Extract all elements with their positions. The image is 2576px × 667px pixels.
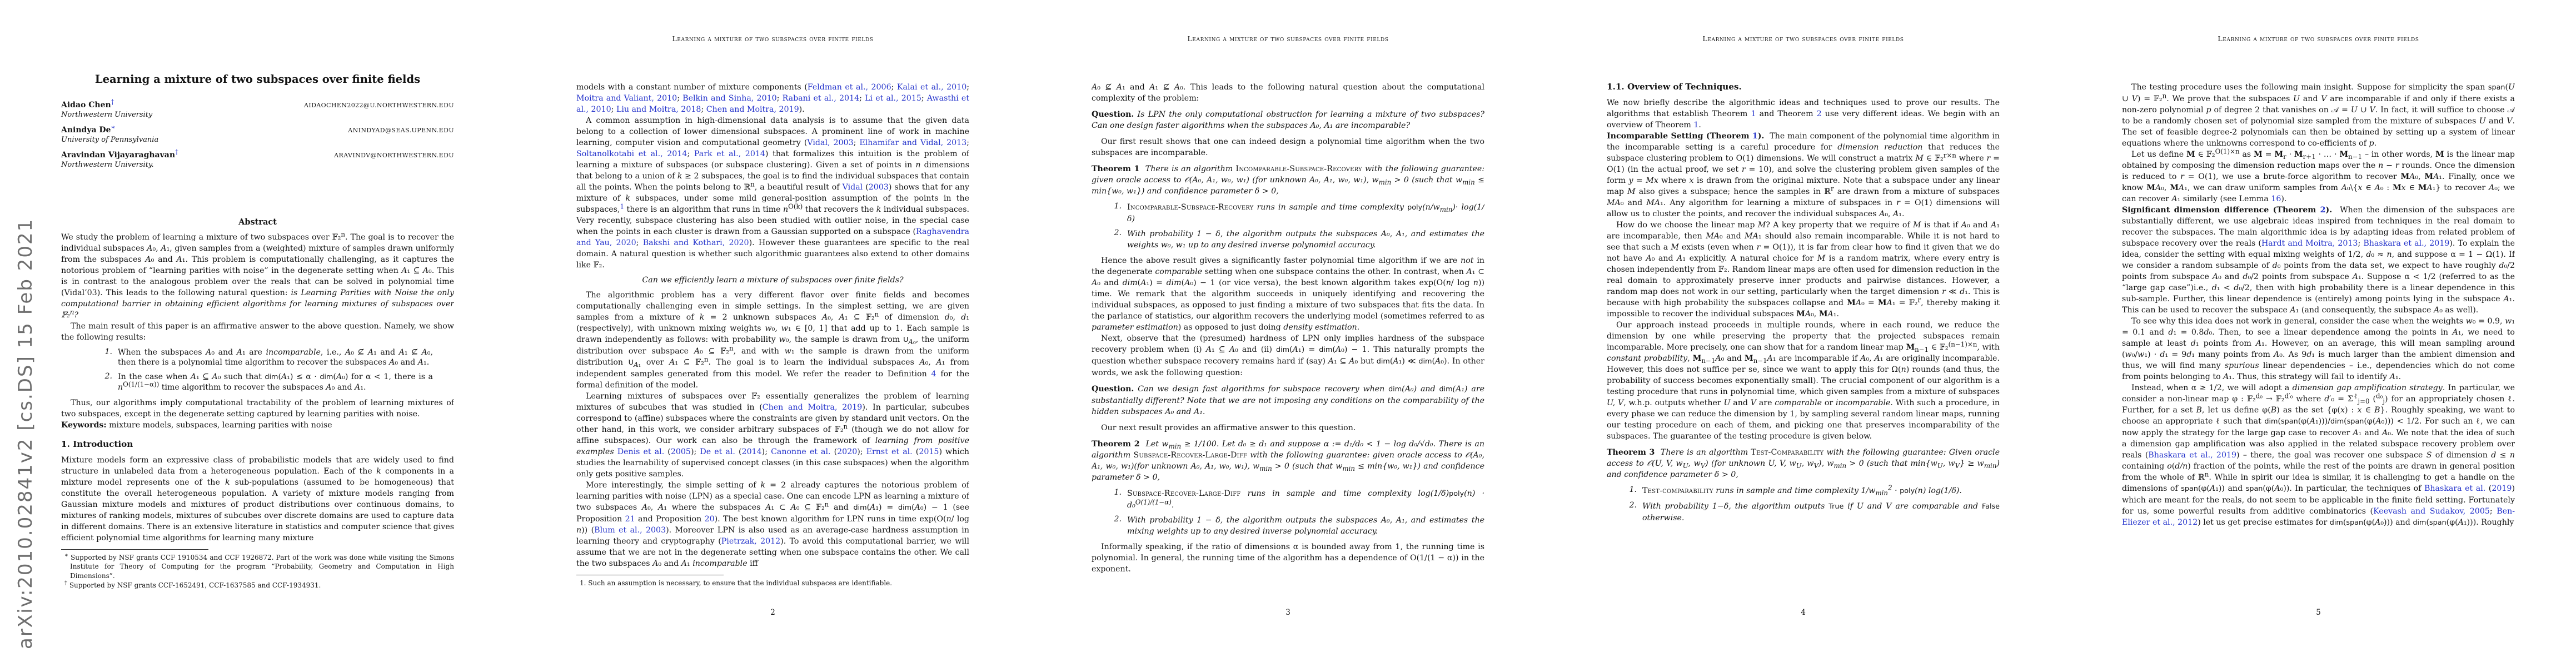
citation-link[interactable]: Bakshi and Kothari, 2020 [643, 238, 749, 247]
author-identity: Aravindan Vijayaraghavan†Northwestern Un… [61, 151, 178, 170]
citation-link[interactable]: Bhaskara et al., 2019 [2148, 451, 2236, 460]
author-name: Anindya De∗ [61, 126, 158, 135]
document-pages: arXiv:2010.02841v2 [cs.DS] 15 Feb 2021 L… [0, 0, 2576, 667]
author-identity: Aidao Chen†Northwestern University [61, 101, 152, 120]
citation-link[interactable]: 1 [620, 202, 624, 210]
abstract-heading: Abstract [61, 217, 454, 227]
citation-link[interactable]: Canonne et al. [771, 447, 830, 456]
citation-link[interactable]: Hardt and Moitra, 2013 [2261, 239, 2358, 248]
paragraph: A₀ ⊈ A₁ and A₁ ⊈ A₀. This leads to the f… [1092, 82, 1484, 104]
paragraph: Instead, when α ≥ 1/2, we will adopt a d… [2122, 382, 2515, 529]
author-name: Aravindan Vijayaraghavan† [61, 151, 178, 160]
page-number: 3 [1030, 608, 1546, 617]
citation-link[interactable]: Bhaskara et al. [2424, 484, 2485, 493]
numbered-list: 1.Test-comparability runs in sample and … [1607, 485, 2000, 524]
citation-link[interactable]: 4 [931, 370, 936, 379]
author-row: Aravindan Vijayaraghavan†Northwestern Un… [61, 151, 454, 170]
numbered-list: 1.Incomparable-Subspace-Recovery runs in… [1092, 202, 1484, 251]
section-heading: 1. Introduction [61, 439, 454, 449]
paragraph: Keywords: mixture models, subspaces, lea… [61, 420, 454, 431]
footnotes: 1. Such an assumption is necessary, to e… [576, 575, 969, 588]
author-affiliation: Northwestern University [61, 110, 152, 120]
list-item-number: 1. [1108, 488, 1122, 511]
running-header: Learning a mixture of two subspaces over… [1092, 34, 1484, 43]
page-3-content: A₀ ⊈ A₁ and A₁ ⊈ A₀. This leads to the f… [1092, 82, 1484, 575]
theorem-block: Theorem 2 Let wmin ≥ 1/100. Let d₀ ≥ d₁ … [1092, 439, 1484, 483]
list-item: 2.With probability 1 − δ, the algorithm … [1108, 515, 1484, 537]
citation-link[interactable]: 2015 [919, 447, 939, 456]
citation-link[interactable]: 2014 [742, 447, 762, 456]
citation-link[interactable]: 1 [1693, 121, 1698, 130]
author-name: Aidao Chen† [61, 101, 152, 110]
citation-link[interactable]: Feldman et al., 2006 [808, 83, 891, 92]
page-2: Learning a mixture of two subspaces over… [515, 0, 1030, 667]
paragraph: Thus, our algorithms imply computational… [61, 397, 454, 420]
paragraph: To see why this idea does not work in ge… [2122, 316, 2515, 382]
author-email: ANINDYAD@SEAS.UPENN.EDU [348, 127, 454, 134]
citation-link[interactable]: 2005 [671, 447, 691, 456]
citation-link[interactable]: Pietrzak, 2012 [721, 537, 780, 546]
paragraph: Significant dimension difference (Theore… [2122, 205, 2515, 316]
citation-link[interactable]: 1 [1752, 132, 1758, 141]
paragraph: A common assumption in high-dimensional … [576, 115, 969, 271]
list-item-text: With probability 1 − δ, the algorithm ou… [1127, 228, 1484, 251]
citation-link[interactable]: 2 [2320, 206, 2326, 215]
page-2-content: models with a constant number of mixture… [576, 82, 969, 588]
page-5: Learning a mixture of two subspaces over… [2061, 0, 2576, 667]
list-item-number: 2. [1108, 228, 1122, 251]
list-item-number: 1. [99, 347, 112, 368]
page-3: Learning a mixture of two subspaces over… [1030, 0, 1546, 667]
author-row: Anindya De∗University of PennsylvaniaANI… [61, 126, 454, 145]
citation-link[interactable]: Moitra and Valiant, 2010 [576, 94, 677, 103]
citation-link[interactable]: Chen and Moitra, 2019 [763, 403, 863, 412]
list-item-text: Subspace-Recover-Large-Diff runs in samp… [1127, 488, 1484, 511]
paragraph: The algorithmic problem has a very diffe… [576, 290, 969, 391]
citation-link[interactable]: Park et al., 2014 [694, 150, 765, 158]
citation-link[interactable]: 2003 [869, 183, 889, 192]
citation-link[interactable]: 2 [1817, 109, 1822, 118]
list-item: 1.Subspace-Recover-Large-Diff runs in sa… [1108, 488, 1484, 511]
page-number: 5 [2061, 608, 2576, 617]
paragraph: Our approach instead proceeds in multipl… [1607, 320, 2000, 442]
citation-link[interactable]: Vidal [843, 183, 863, 192]
paragraph: Next, observe that the (presumed) hardne… [1092, 333, 1484, 379]
author-list: Aidao Chen†Northwestern UniversityAIDAOC… [61, 101, 454, 176]
citation-link[interactable]: 20 [705, 515, 715, 524]
list-item: 2.With probability 1 − δ, the algorithm … [1108, 228, 1484, 251]
citation-link[interactable]: Ernst et al. [866, 447, 913, 456]
list-item-number: 2. [99, 372, 112, 393]
paragraph: Let us define M ∈ 𝔽₂O(1)×n as M = Mr · M… [2122, 149, 2515, 205]
running-header: Learning a mixture of two subspaces over… [576, 34, 969, 43]
paragraph: How do we choose the linear map M? A key… [1607, 220, 2000, 320]
page-4-content: 1.1. Overview of Techniques.We now brief… [1607, 82, 2000, 528]
question-block: Question. Is LPN the only computational … [1092, 109, 1484, 131]
page-number: 2 [515, 608, 1030, 617]
author-affiliation: University of Pennsylvania [61, 135, 158, 145]
centered-question: Can we efficiently learn a mixture of su… [576, 276, 969, 285]
list-item-text: With probability 1 − δ, the algorithm ou… [1127, 515, 1484, 537]
footnote: 1. Such an assumption is necessary, to e… [576, 579, 969, 588]
citation-link[interactable]: Liu and Moitra, 2018 [616, 105, 701, 114]
list-item-text: Incomparable-Subspace-Recovery runs in s… [1127, 202, 1484, 225]
citation-link[interactable]: Li et al., 2015 [865, 94, 921, 103]
citation-link[interactable]: Vidal, 2003 [807, 138, 853, 147]
citation-link[interactable]: Keevash and Sudakov, 2005 [2373, 507, 2490, 516]
paragraph: Hence the above result gives a significa… [1092, 255, 1484, 333]
paragraph: Our first result shows that one can inde… [1092, 136, 1484, 158]
page-5-content: The testing procedure uses the following… [2122, 82, 2515, 529]
paragraph: We now briefly describe the algorithmic … [1607, 97, 2000, 131]
author-email: ARAVINDV@NORTHWESTERN.EDU [334, 152, 454, 159]
section-heading: 1.1. Overview of Techniques. [1607, 82, 2000, 92]
theorem-block: Theorem 1 There is an algorithm Incompar… [1092, 163, 1484, 197]
citation-link[interactable]: ∗ [111, 123, 115, 131]
list-item: 2.In the case when A₁ ⊆ A₀ such that dim… [99, 372, 433, 393]
citation-link[interactable]: Bhaskara et al., 2019 [2363, 239, 2449, 248]
theorem-block: Theorem 3 There is an algorithm Test-Com… [1607, 447, 2000, 480]
citation-link[interactable]: Rabani et al., 2014 [783, 94, 859, 103]
citation-link[interactable]: Soltanolkotabi et al., 2014 [576, 150, 687, 158]
running-header: Learning a mixture of two subspaces over… [1607, 34, 2000, 43]
citation-link[interactable]: 1 [1751, 109, 1756, 118]
citation-link[interactable]: Denis et al. [617, 447, 665, 456]
arxiv-stamp: arXiv:2010.02841v2 [cs.DS] 15 Feb 2021 [14, 160, 37, 649]
citation-link[interactable]: † [111, 98, 114, 106]
page-number: 4 [1546, 608, 2061, 617]
paragraph: More interestingly, the simple setting o… [576, 480, 969, 569]
author-email: AIDAOCHEN2022@U.NORTHWESTERN.EDU [304, 102, 454, 109]
numbered-list: 1.When the subspaces A₀ and A₁ are incom… [82, 347, 433, 393]
paragraph: Incomparable Setting (Theorem 1). The ma… [1607, 131, 2000, 220]
citation-link[interactable]: 16 [2271, 195, 2281, 203]
paragraph: models with a constant number of mixture… [576, 82, 969, 115]
list-item-number: 1. [1623, 485, 1637, 497]
list-item: 1.When the subspaces A₀ and A₁ are incom… [99, 347, 433, 368]
list-item-number: 2. [1623, 501, 1637, 524]
paragraph: Our next result provides an affirmative … [1092, 422, 1484, 434]
footnote-rule [576, 575, 724, 575]
question-block: Question. Can we design fast algorithms … [1092, 384, 1484, 417]
list-item-text: Test-comparability runs in sample and ti… [1642, 485, 2000, 497]
paragraph: Learning mixtures of subspaces over 𝔽₂ e… [576, 391, 969, 480]
footnote-rule [61, 549, 208, 550]
list-item: 1.Test-comparability runs in sample and … [1623, 485, 2000, 497]
citation-link[interactable]: Chen and Moitra, 2019 [706, 105, 799, 114]
paragraph: Informally speaking, if the ratio of dim… [1092, 541, 1484, 575]
page-4: Learning a mixture of two subspaces over… [1546, 0, 2061, 667]
list-item-number: 2. [1108, 515, 1122, 537]
footnote: † Supported by NSF grants CCF-1652491, C… [61, 581, 454, 590]
author-affiliation: Northwestern University. [61, 160, 178, 170]
list-item-number: 1. [1108, 202, 1122, 225]
numbered-list: 1.Subspace-Recover-Large-Diff runs in sa… [1092, 488, 1484, 537]
citation-link[interactable]: Raghavendra and Yau, 2020 [576, 227, 969, 247]
footnote: ∗ Supported by NSF grants CCF 1910534 an… [61, 553, 454, 581]
citation-link[interactable]: Blum et al., 2003 [594, 526, 666, 535]
list-item-text: When the subspaces A₀ and A₁ are incompa… [118, 347, 433, 368]
page-1-content: AbstractWe study the problem of learning… [61, 217, 454, 590]
list-item: 2.With probability 1−δ, the algorithm ou… [1623, 501, 2000, 524]
citation-link[interactable]: 2019 [2492, 484, 2512, 493]
list-item-text: With probability 1−δ, the algorithm outp… [1642, 501, 2000, 524]
citation-link[interactable]: Kalai et al., 2010 [897, 83, 966, 92]
list-item: 1.Incomparable-Subspace-Recovery runs in… [1108, 202, 1484, 225]
list-item-text: In the case when A₁ ⊆ A₀ such that dim(A… [118, 372, 433, 393]
author-identity: Anindya De∗University of Pennsylvania [61, 126, 158, 145]
citation-link[interactable]: Belkin and Sinha, 2010 [682, 94, 777, 103]
paper-title: Learning a mixture of two subspaces over… [33, 73, 482, 86]
paragraph: The testing procedure uses the following… [2122, 82, 2515, 149]
author-row: Aidao Chen†Northwestern UniversityAIDAOC… [61, 101, 454, 120]
running-header: Learning a mixture of two subspaces over… [2122, 34, 2515, 43]
paragraph: Mixture models form an expressive class … [61, 455, 454, 544]
paragraph: The main result of this paper is an affi… [61, 321, 454, 343]
paragraph: We study the problem of learning a mixtu… [61, 232, 454, 321]
citation-link[interactable]: 21 [625, 515, 635, 524]
citation-link[interactable]: Elhamifar and Vidal, 2013 [859, 138, 966, 147]
citation-link[interactable]: De et al. [700, 447, 735, 456]
page-1: arXiv:2010.02841v2 [cs.DS] 15 Feb 2021 L… [0, 0, 515, 667]
citation-link[interactable]: 2020 [837, 447, 857, 456]
citation-link[interactable]: † [175, 148, 178, 156]
footnotes: ∗ Supported by NSF grants CCF 1910534 an… [61, 549, 454, 590]
